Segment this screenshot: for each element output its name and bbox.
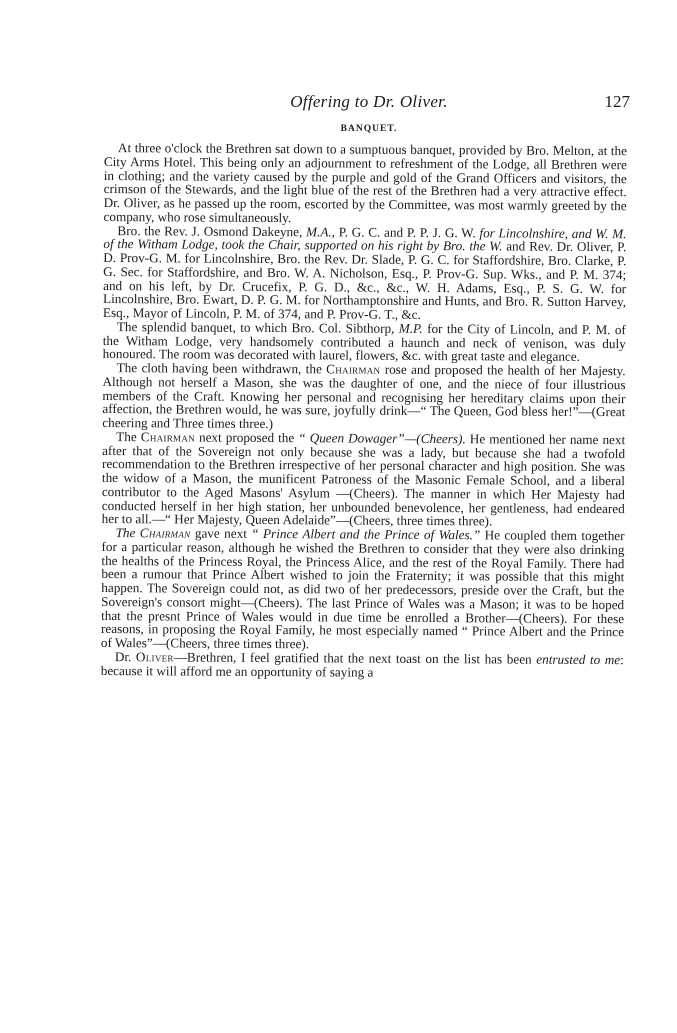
body-text: At three o'clock the Brethren sat down t… — [101, 141, 627, 680]
paragraph: At three o'clock the Brethren sat down t… — [103, 141, 626, 227]
text-run: He mentioned her name next after that of… — [102, 431, 626, 529]
paragraph: The splendid banquet, to which Bro. Col.… — [103, 320, 626, 364]
book-page: Offering to Dr. Oliver. 127 BANQUET. At … — [0, 0, 677, 1033]
page-number: 127 — [605, 92, 631, 112]
running-title: Offering to Dr. Oliver. — [108, 92, 630, 112]
text-run: entrusted to me — [536, 651, 620, 667]
paragraph: Bro. the Rev. J. Osmond Dakeyne, M.A., P… — [103, 223, 627, 322]
paragraph: The cloth having been withdrawn, the Cha… — [102, 361, 625, 433]
paragraph: The Chairman gave next “ Prince Albert a… — [101, 526, 625, 653]
text-run: He coupled them together for a particula… — [101, 527, 625, 651]
paragraph: The Chairman next proposed the “ Queen D… — [102, 430, 626, 529]
section-heading: BANQUET. — [108, 124, 630, 134]
text-run: At three o'clock the Brethren sat down t… — [103, 140, 627, 225]
paragraph: Dr. Oliver—Brethren, I feel gratified th… — [101, 650, 624, 681]
text-run: and Rev. Dr. Oliver, P. D. Prov-G. M. fo… — [103, 239, 626, 322]
running-head: Offering to Dr. Oliver. 127 — [108, 92, 630, 114]
